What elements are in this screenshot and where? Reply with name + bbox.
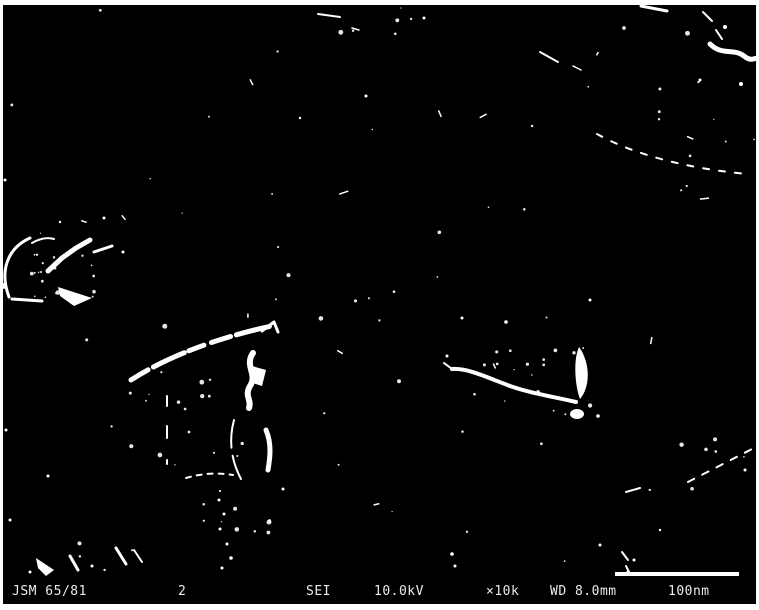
micrograph-canvas [0, 0, 759, 610]
scale-bar-label: 100nm [668, 585, 710, 599]
instrument-label: JSM 65/81 [12, 585, 87, 599]
sem-micrograph-viewer: JSM 65/81 2 SEI 10.0kV ×10k WD 8.0mm 100… [0, 0, 759, 610]
magnification-label: ×10k [486, 585, 519, 599]
micrograph-background [3, 5, 756, 604]
working-distance-label: WD 8.0mm [550, 585, 617, 599]
detector-label: SEI [306, 585, 331, 599]
voltage-label: 10.0kV [374, 585, 424, 599]
scale-bar [615, 572, 739, 576]
sample-label: 2 [178, 585, 186, 599]
